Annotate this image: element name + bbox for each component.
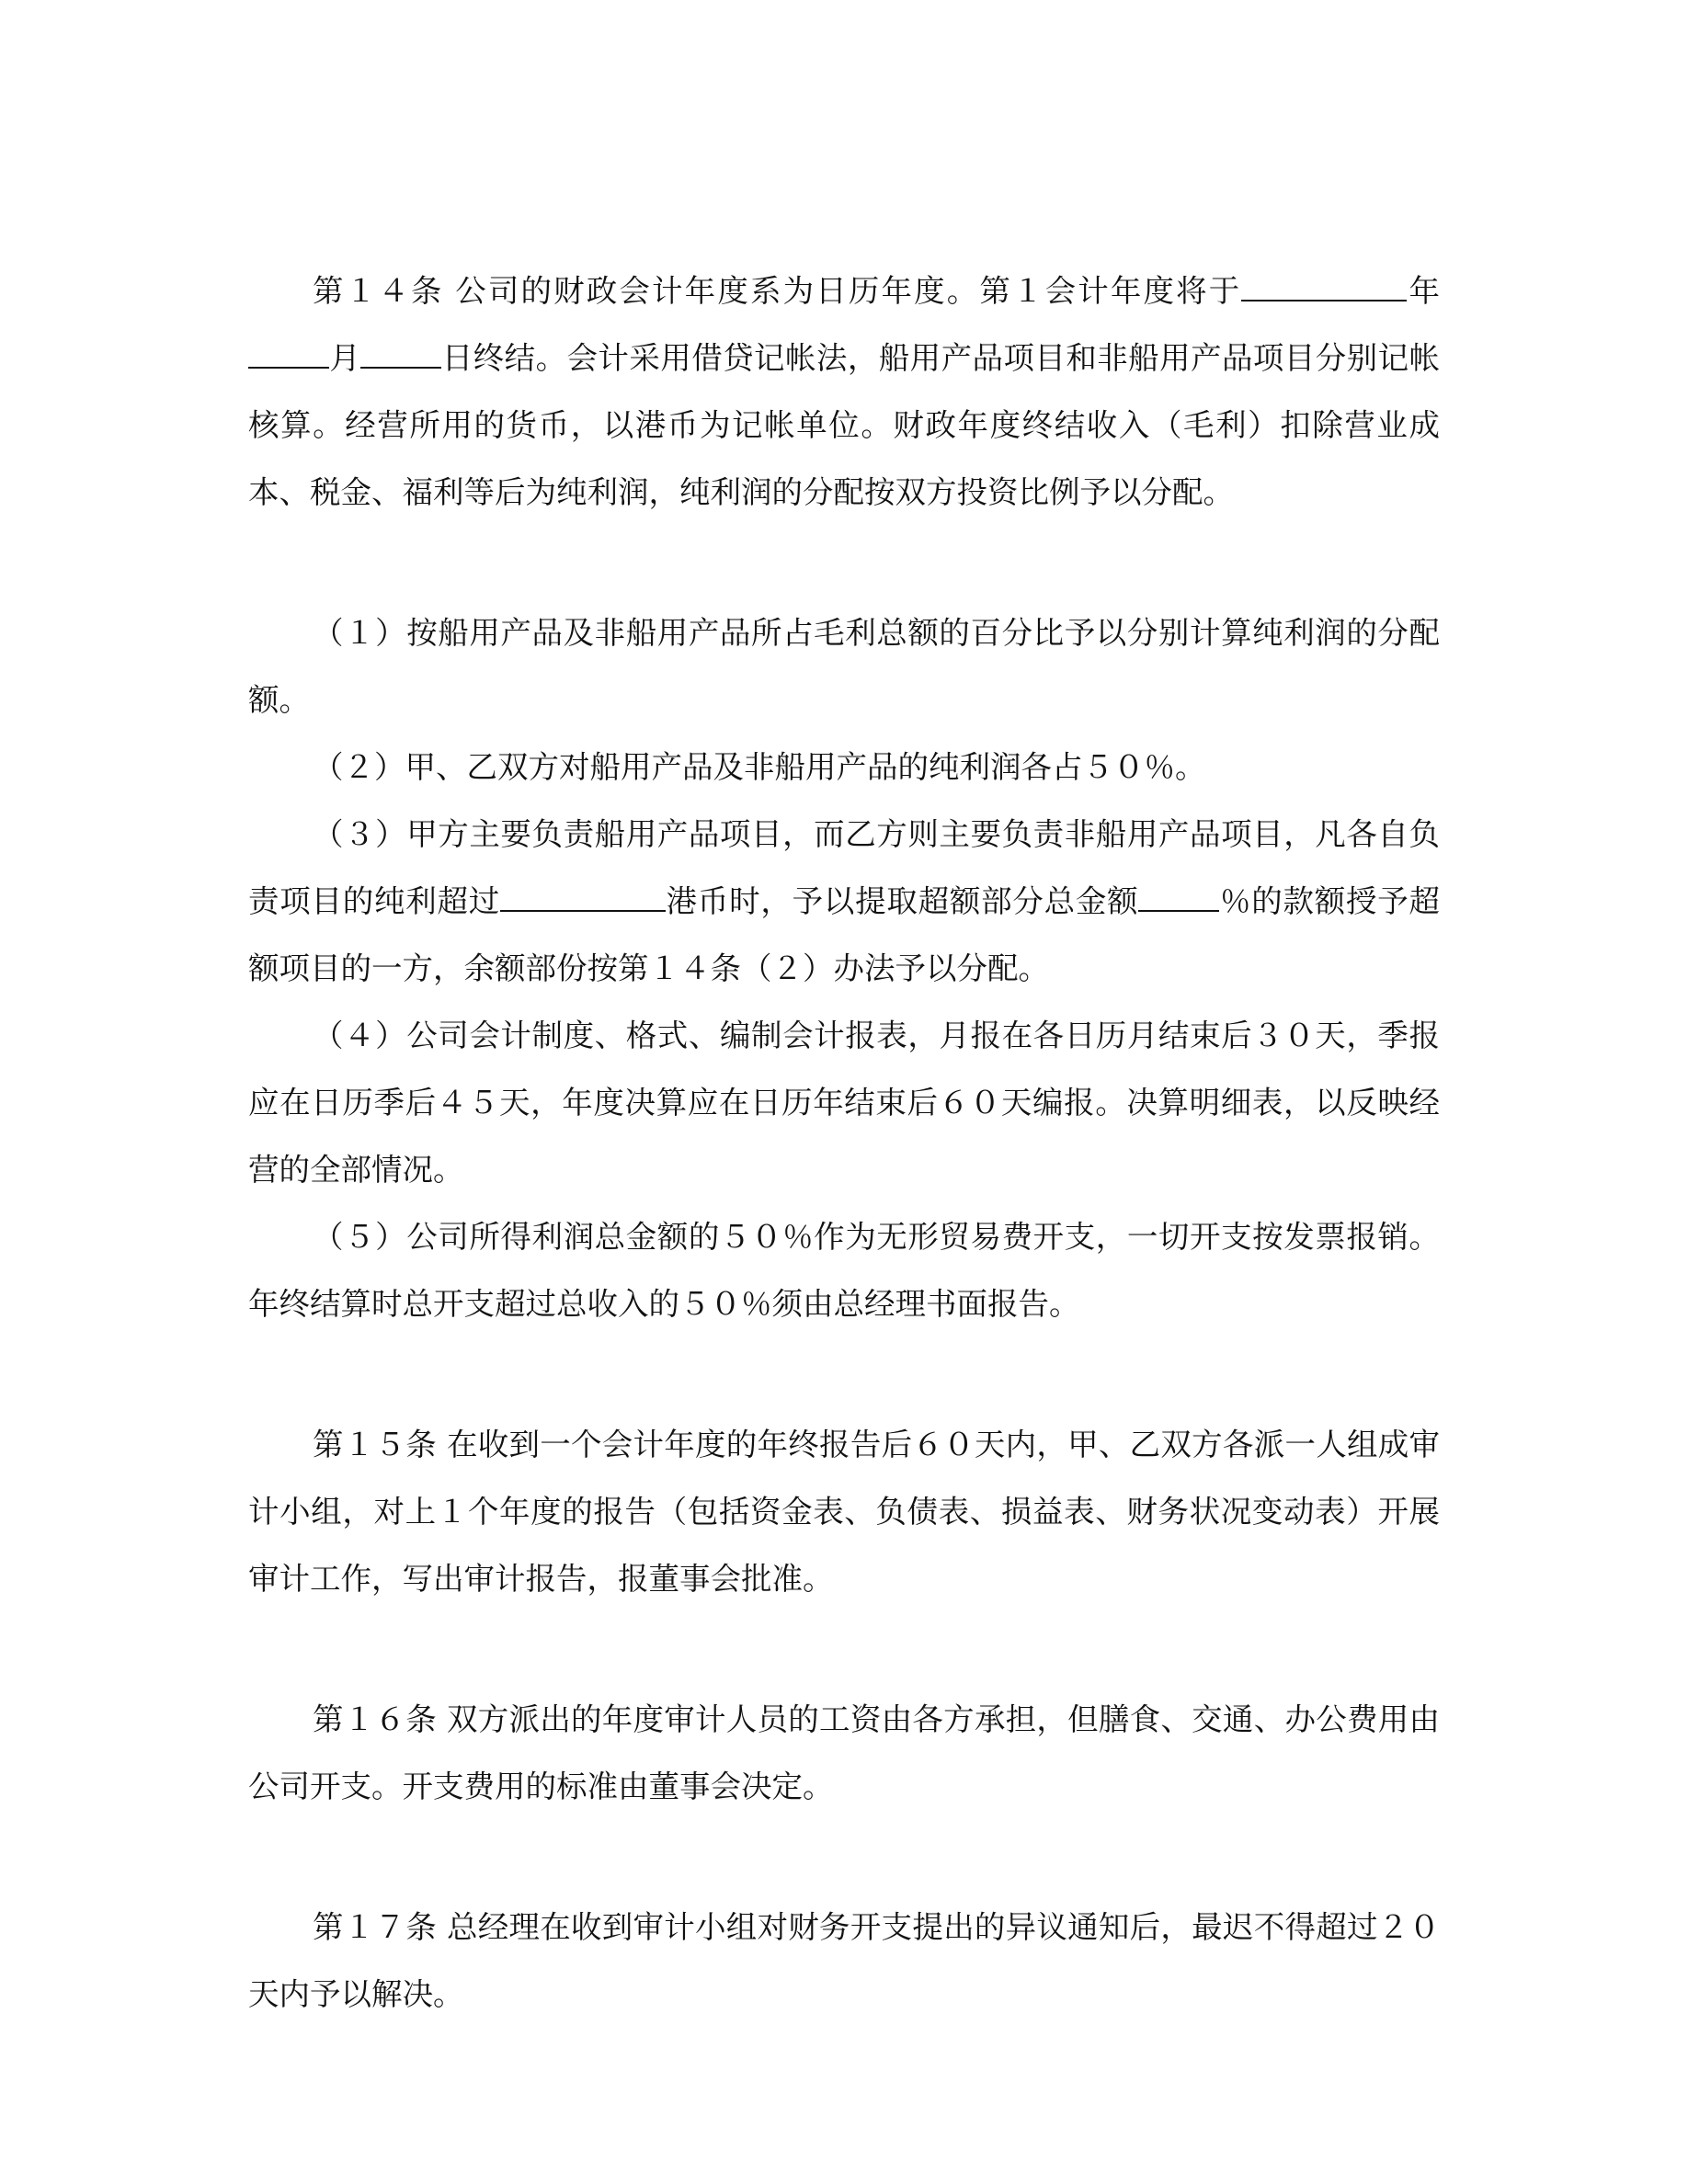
text-run: （２）甲、乙双方对船用产品及非船用产品的纯利润各占５０％。 (313, 749, 1206, 785)
article-15: 第１５条 在收到一个会计年度的年终报告后６０天内，甲、乙双方各派一人组成审计小组… (248, 1411, 1440, 1612)
article-14-item-2: （２）甲、乙双方对船用产品及非船用产品的纯利润各占５０％。 (248, 734, 1440, 801)
fill-in-blank (1241, 272, 1407, 301)
text-run: 年 (1407, 273, 1440, 309)
text-run: （４）公司会计制度、格式、编制会计报表，月报在各日历月结束后３０天，季报应在日历… (248, 1018, 1440, 1188)
fill-in-blank (360, 339, 441, 369)
article-14-item-5: （５）公司所得利润总金额的５０％作为无形贸易费开支，一切开支按发票报销。年终结算… (248, 1203, 1440, 1337)
text-run: 第１４条 公司的财政会计年度系为日历年度。第１会计年度将于 (313, 273, 1241, 309)
text-run: 第１６条 双方派出的年度审计人员的工资由各方承担，但膳食、交通、办公费用由公司开… (248, 1701, 1440, 1804)
text-run: 第１５条 在收到一个会计年度的年终报告后６０天内，甲、乙双方各派一人组成审计小组… (248, 1427, 1440, 1597)
text-run: 第１７条 总经理在收到审计小组对财务开支提出的异议通知后，最迟不得超过２０天内予… (248, 1909, 1440, 2012)
text-run: 港币时，予以提取超额部分总金额 (666, 883, 1138, 919)
document-page: 第１４条 公司的财政会计年度系为日历年度。第１会计年度将于年月日终结。会计采用借… (248, 257, 1440, 2028)
fill-in-blank (500, 882, 666, 912)
article-14-item-1: （１）按船用产品及非船用产品所占毛利总额的百分比予以分别计算纯利润的分配额。 (248, 599, 1440, 734)
article-14-item-3: （３）甲方主要负责船用产品项目，而乙方则主要负责非船用产品项目，凡各自负责项目的… (248, 801, 1440, 1002)
article-16: 第１６条 双方派出的年度审计人员的工资由各方承担，但膳食、交通、办公费用由公司开… (248, 1686, 1440, 1820)
article-14-item-4: （４）公司会计制度、格式、编制会计报表，月报在各日历月结束后３０天，季报应在日历… (248, 1002, 1440, 1203)
fill-in-blank (248, 339, 329, 369)
fill-in-blank (1138, 882, 1219, 912)
text-run: （１）按船用产品及非船用产品所占毛利总额的百分比予以分别计算纯利润的分配额。 (248, 615, 1440, 718)
text-run: 月 (329, 340, 360, 376)
article-14: 第１４条 公司的财政会计年度系为日历年度。第１会计年度将于年月日终结。会计采用借… (248, 257, 1440, 526)
text-run: （５）公司所得利润总金额的５０％作为无形贸易费开支，一切开支按发票报销。年终结算… (248, 1219, 1440, 1322)
article-17: 第１７条 总经理在收到审计小组对财务开支提出的异议通知后，最迟不得超过２０天内予… (248, 1894, 1440, 2028)
